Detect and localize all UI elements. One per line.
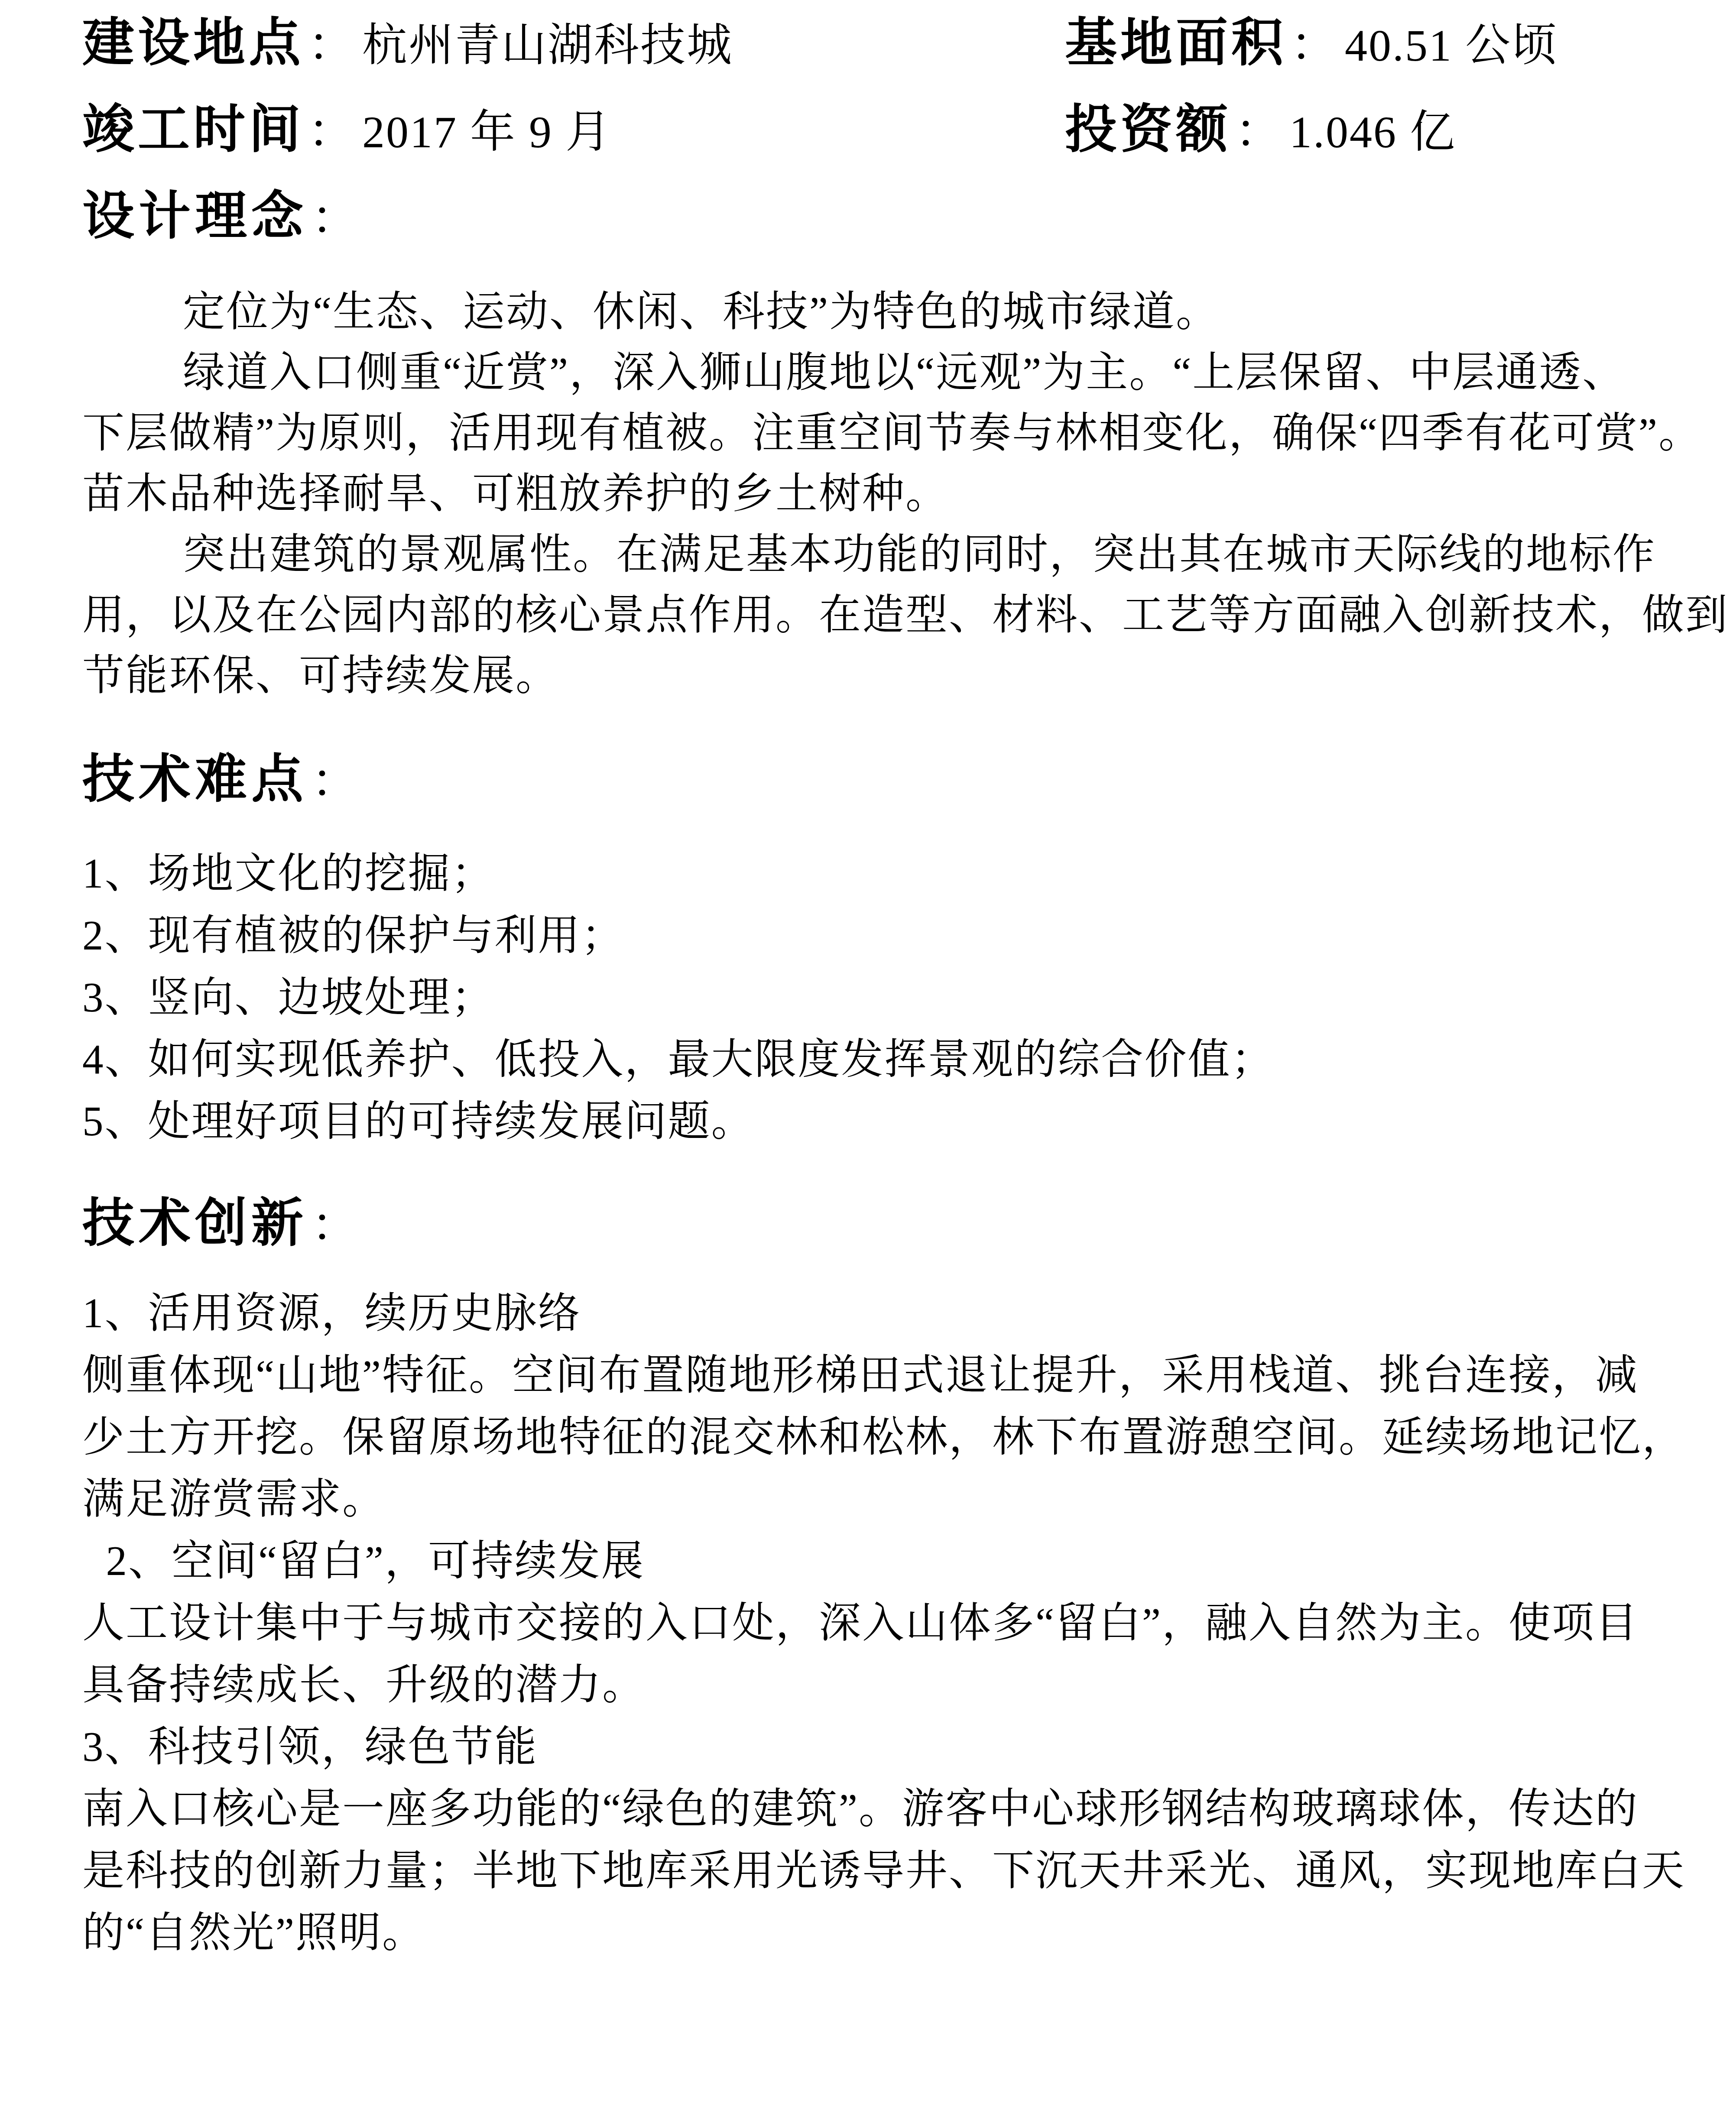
design-concept-section: 设计理念： 定位为“生态、运动、休闲、科技”为特色的城市绿道。 绿道入口侧重“近… [82,191,1714,706]
technical-difficulties-section: 技术难点： 1、场地文化的挖掘； 2、现有植被的保护与利用； 3、竖向、边坡处理… [82,754,1714,1152]
completion-date-label: 竣工时间 [82,104,304,156]
site-area-value: 40.51 公顷 [1345,23,1558,68]
innovation-line: 1、活用资源，续历史脉络 [82,1282,1714,1344]
label-colon: ： [1290,21,1338,68]
innovation-line: 满足游赏需求。 [82,1468,1714,1530]
info-row: 竣工时间：2017 年 9 月 投资额：1.046 亿 [82,104,1714,156]
info-build-site: 建设地点：杭州青山湖科技城 [82,17,1065,69]
technical-innovation-heading-text: 技术创新 [82,1198,308,1250]
innovation-line: 少土方开挖。保留原场地特征的混交林和松林，林下布置游憩空间。延续场地记忆， [82,1406,1714,1468]
investment-label: 投资额 [1065,104,1231,156]
completion-date-value: 2017 年 9 月 [362,110,612,155]
heading-colon: ： [311,1201,359,1249]
site-area-label: 基地面积 [1065,17,1287,69]
technical-difficulties-heading: 技术难点： [82,754,1714,806]
investment-value: 1.046 亿 [1289,110,1456,155]
label-colon: ： [308,21,355,68]
difficulty-item: 3、竖向、边坡处理； [82,966,1714,1028]
difficulty-item: 5、处理好项目的可持续发展问题。 [82,1090,1714,1152]
build-site-label: 建设地点 [82,17,304,69]
build-site-value: 杭州青山湖科技城 [362,23,733,68]
innovation-line: 3、科技引领，绿色节能 [82,1716,1714,1778]
info-row: 建设地点：杭州青山湖科技城 基地面积：40.51 公顷 [82,17,1714,69]
technical-difficulties-heading-text: 技术难点 [82,754,308,806]
difficulty-item: 2、现有植被的保护与利用； [82,904,1714,966]
innovation-line: 2、空间“留白”，可持续发展 [82,1530,1714,1592]
design-concept-line: 用，以及在公园内部的核心景点作用。在造型、材料、工艺等方面融入创新技术，做到 [82,585,1714,645]
label-colon: ： [1235,107,1282,155]
technical-innovation-section: 技术创新： 1、活用资源，续历史脉络 侧重体现“山地”特征。空间布置随地形梯田式… [82,1198,1714,1964]
design-concept-line: 突出建筑的景观属性。在满足基本功能的同时，突出其在城市天际线的地标作 [82,524,1714,585]
innovation-line: 的“自然光”照明。 [82,1902,1714,1964]
innovation-line: 具备持续成长、升级的潜力。 [82,1654,1714,1716]
innovation-line: 侧重体现“山地”特征。空间布置随地形梯田式退让提升，采用栈道、挑台连接，减 [82,1344,1714,1406]
info-site-area: 基地面积：40.51 公顷 [1065,17,1558,69]
project-info-section: 建设地点：杭州青山湖科技城 基地面积：40.51 公顷 竣工时间：2017 年 … [82,17,1714,156]
difficulty-item: 4、如何实现低养护、低投入，最大限度发挥景观的综合价值； [82,1028,1714,1090]
document-page: 建设地点：杭州青山湖科技城 基地面积：40.51 公顷 竣工时间：2017 年 … [0,0,1736,2126]
design-concept-line: 绿道入口侧重“近赏”，深入狮山腹地以“远观”为主。“上层保留、中层通透、 [82,342,1714,403]
innovation-line: 南入口核心是一座多功能的“绿色的建筑”。游客中心球形钢结构玻璃球体，传达的 [82,1778,1714,1840]
innovation-line: 是科技的创新力量；半地下地库采用光诱导井、下沉天井采光、通风，实现地库白天 [82,1840,1714,1902]
design-concept-line: 下层做精”为原则，活用现有植被。注重空间节奏与林相变化，确保“四季有花可赏”。 [82,403,1714,463]
design-concept-heading-text: 设计理念 [82,191,308,243]
heading-colon: ： [311,194,359,242]
design-concept-line: 定位为“生态、运动、休闲、科技”为特色的城市绿道。 [82,282,1714,342]
heading-colon: ： [311,757,359,805]
technical-innovation-heading: 技术创新： [82,1198,1714,1250]
design-concept-heading: 设计理念： [82,191,1714,243]
design-concept-line: 苗木品种选择耐旱、可粗放养护的乡土树种。 [82,463,1714,524]
info-completion-date: 竣工时间：2017 年 9 月 [82,104,1065,156]
info-investment: 投资额：1.046 亿 [1065,104,1456,156]
difficulty-item: 1、场地文化的挖掘； [82,843,1714,904]
innovation-line: 人工设计集中于与城市交接的入口处，深入山体多“留白”，融入自然为主。使项目 [82,1592,1714,1654]
label-colon: ： [308,107,355,155]
design-concept-line: 节能环保、可持续发展。 [82,645,1714,706]
